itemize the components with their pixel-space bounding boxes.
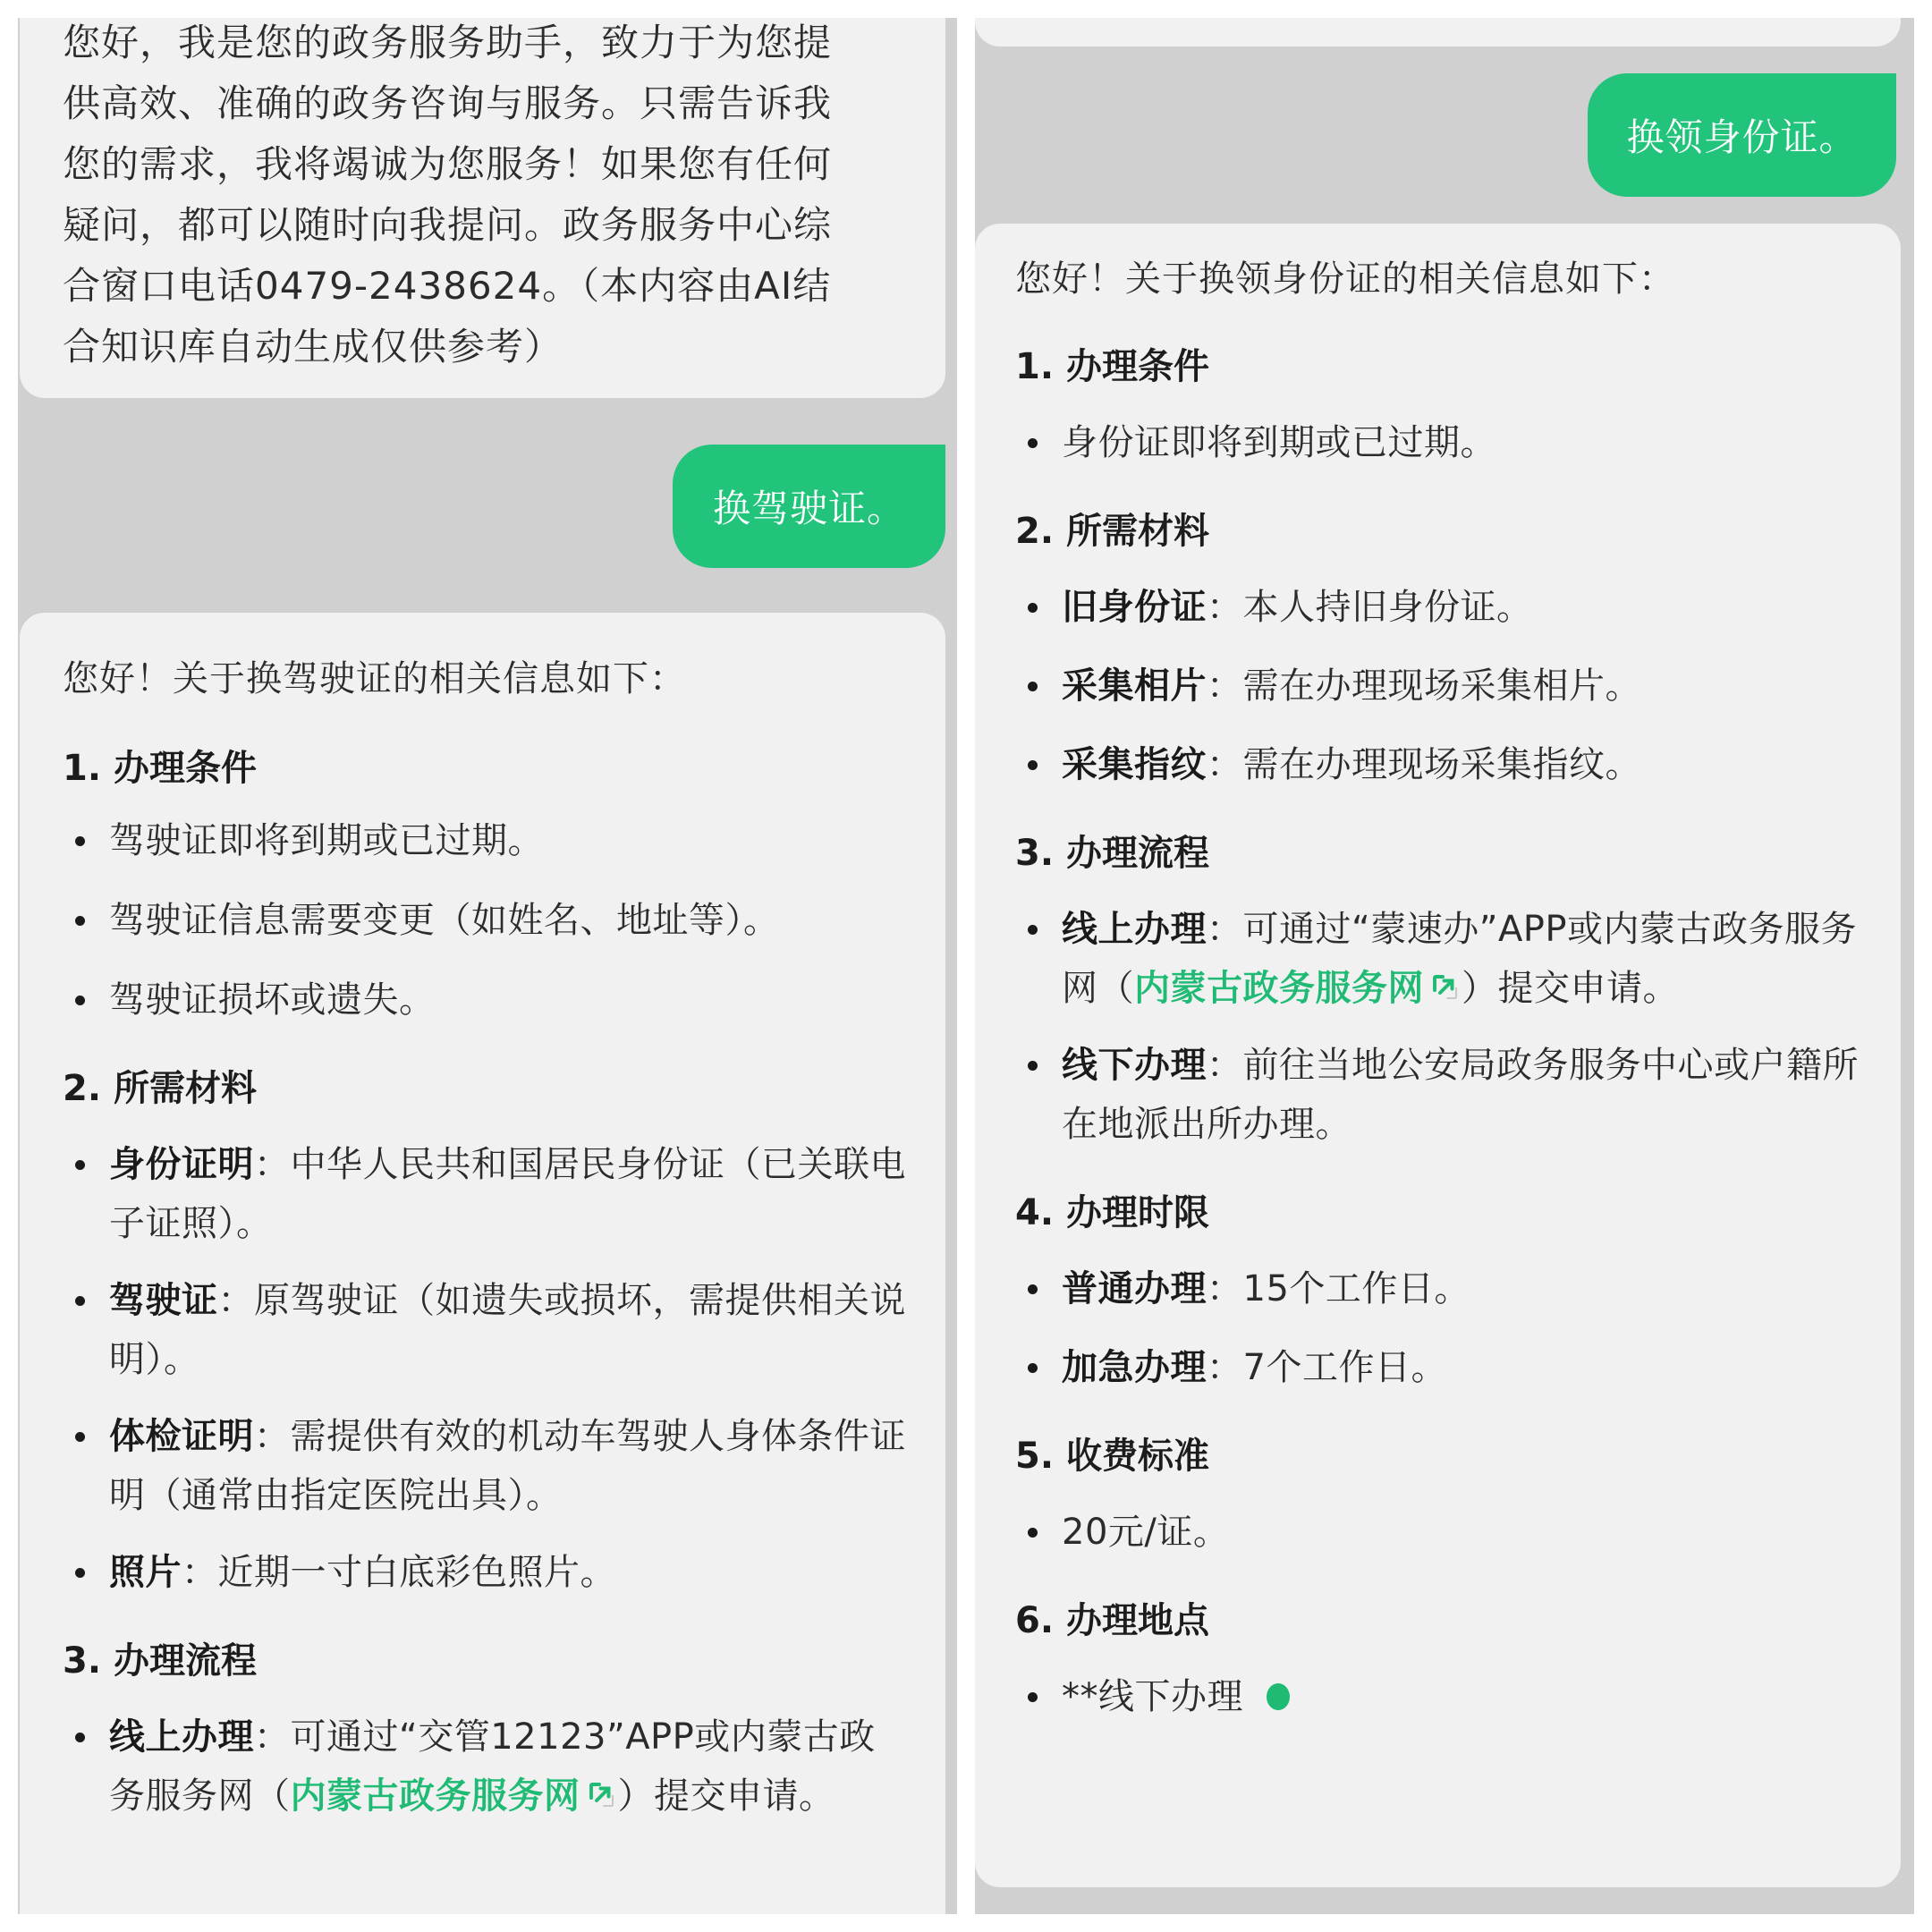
list-item: 驾驶证损坏或遗失。 — [63, 970, 910, 1030]
section-title: 5. 收费标准 — [1015, 1431, 1874, 1481]
bullet-dot — [1028, 925, 1038, 935]
list-item: 驾驶证即将到期或已过期。 — [63, 811, 910, 870]
user-message-text: 换驾驶证。 — [713, 479, 905, 533]
gov-service-portal-link[interactable]: 内蒙古政务服务网 — [1134, 968, 1424, 1009]
external-link-icon[interactable] — [586, 1779, 618, 1811]
reply-greeting: 您好！关于换驾驶证的相关信息如下： — [63, 648, 910, 709]
item-label: 加急办理 — [1062, 1347, 1207, 1388]
item-label: 线上办理 — [109, 1716, 254, 1758]
intro-line: 合知识库自动生成仅供参考） — [63, 317, 928, 377]
gov-service-portal-link[interactable]: 内蒙古政务服务网 — [291, 1775, 580, 1817]
section-title: 6. 办理地点 — [1015, 1596, 1874, 1646]
item-label: 驾驶证 — [109, 1280, 218, 1321]
list-item: 旧身份证：本人持旧身份证。 — [1015, 578, 1874, 637]
bullet-dot — [1028, 1528, 1038, 1538]
bullet-dot — [1028, 1284, 1038, 1294]
section-title: 1. 办理条件 — [63, 743, 910, 793]
item-label: 照片 — [109, 1552, 182, 1593]
bullet-dot — [75, 1296, 85, 1306]
section-title: 1. 办理条件 — [1015, 342, 1874, 392]
bullet-dot — [75, 1568, 85, 1578]
chat-panel-right: 换领身份证。 您好！关于换领身份证的相关信息如下： 1. 办理条件 身份证即将到… — [975, 18, 1914, 1914]
list-item: 加急办理：7个工作日。 — [1015, 1338, 1874, 1397]
item-label: 线上办理 — [1062, 909, 1207, 950]
assistant-reply-message: 您好！关于换领身份证的相关信息如下： 1. 办理条件 身份证即将到期或已过期。 … — [975, 224, 1901, 1887]
bullet-dot — [1028, 1363, 1038, 1373]
user-message-text: 换领身份证。 — [1626, 108, 1857, 162]
section-title: 3. 办理流程 — [63, 1636, 910, 1686]
bullet-dot — [75, 1733, 85, 1742]
external-link-icon[interactable] — [1429, 971, 1462, 1004]
list-item: 体检证明：需提供有效的机动车驾驶人身体条件证明（通常由指定医院出具）。 — [63, 1407, 910, 1525]
item-label: 采集指纹 — [1062, 744, 1207, 785]
list-item: 采集指纹：需在办理现场采集指纹。 — [1015, 735, 1874, 794]
assistant-prev-message-tail — [975, 18, 1901, 47]
bullet-dot — [1028, 760, 1038, 770]
assistant-intro-message: 您好，我是您的政务服务助手，致力于为您提 供高效、准确的政务咨询与服务。只需告诉… — [20, 18, 945, 398]
section-title: 2. 所需材料 — [63, 1063, 910, 1114]
list-item: 身份证即将到期或已过期。 — [1015, 413, 1874, 472]
bullet-dot — [1028, 1061, 1038, 1071]
list-item: 身份证明：中华人民共和国居民身份证（已关联电子证照）。 — [63, 1135, 910, 1253]
bullet-dot — [75, 1432, 85, 1442]
item-label: 身份证明 — [109, 1144, 254, 1185]
section-title: 4. 办理时限 — [1015, 1188, 1874, 1238]
intro-line: 疑问，都可以随时向我提问。政务服务中心综 — [63, 195, 928, 256]
item-label: 体检证明 — [109, 1416, 254, 1457]
section-title: 2. 所需材料 — [1015, 506, 1874, 556]
user-message-bubble: 换驾驶证。 — [673, 445, 945, 568]
reply-greeting: 您好！关于换领身份证的相关信息如下： — [1015, 249, 1874, 309]
item-label: 旧身份证 — [1062, 587, 1207, 628]
bullet-dot — [75, 1160, 85, 1170]
typing-indicator-icon — [1267, 1683, 1290, 1710]
bullet-dot — [1028, 603, 1038, 613]
list-item: **线下办理 — [1015, 1667, 1874, 1726]
bullet-dot — [1028, 1692, 1038, 1702]
intro-line: 您的需求，我将竭诚为您服务！如果您有任何 — [63, 134, 928, 195]
bullet-dot — [75, 916, 85, 926]
intro-line: 合窗口电话0479-2438624。（本内容由AI结 — [63, 256, 928, 317]
user-message-bubble: 换领身份证。 — [1588, 73, 1896, 197]
section-title: 3. 办理流程 — [1015, 828, 1874, 878]
item-label: 普通办理 — [1062, 1268, 1207, 1309]
bullet-dot — [75, 836, 85, 846]
list-item: 驾驶证：原驾驶证（如遗失或损坏，需提供相关说明）。 — [63, 1271, 910, 1389]
list-item: 采集相片：需在办理现场采集相片。 — [1015, 657, 1874, 716]
list-item: 普通办理：15个工作日。 — [1015, 1259, 1874, 1318]
list-item: 照片：近期一寸白底彩色照片。 — [63, 1543, 910, 1602]
bullet-dot — [75, 996, 85, 1005]
list-item: 驾驶证信息需要变更（如姓名、地址等）。 — [63, 891, 910, 950]
intro-line: 您好，我是您的政务服务助手，致力于为您提 — [63, 18, 928, 73]
list-item: 线上办理：可通过“蒙速办”APP或内蒙古政务服务网（内蒙古政务服务网）提交申请。 — [1015, 900, 1874, 1018]
intro-line: 供高效、准确的政务咨询与服务。只需告诉我 — [63, 73, 928, 134]
bullet-dot — [1028, 682, 1038, 691]
list-item: 20元/证。 — [1015, 1503, 1874, 1562]
bullet-dot — [1028, 438, 1038, 448]
list-item: 线上办理：可通过“交管12123”APP或内蒙古政务服务网（内蒙古政务服务网）提… — [63, 1707, 910, 1826]
item-label: 线下办理 — [1062, 1045, 1207, 1086]
list-item: 线下办理：前往当地公安局政务服务中心或户籍所在地派出所办理。 — [1015, 1036, 1874, 1154]
item-label: 采集相片 — [1062, 665, 1207, 707]
chat-panel-left: 您好，我是您的政务服务助手，致力于为您提 供高效、准确的政务咨询与服务。只需告诉… — [18, 18, 957, 1914]
assistant-reply-message: 您好！关于换驾驶证的相关信息如下： 1. 办理条件 驾驶证即将到期或已过期。 驾… — [20, 613, 945, 1914]
